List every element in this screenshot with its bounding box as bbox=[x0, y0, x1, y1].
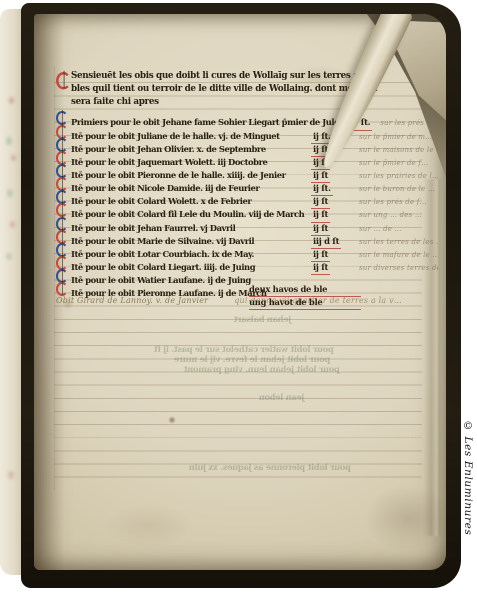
obit-amount: iij d ſt bbox=[303, 235, 353, 249]
bleed-mark bbox=[7, 189, 13, 197]
obit-entry-text: Primiers pour le obit Jehane fame Sohier… bbox=[71, 116, 345, 129]
margin-note: sur … de … bbox=[353, 223, 438, 236]
bleed-mark bbox=[10, 221, 15, 228]
obit-amount: ij ſt bbox=[303, 248, 353, 262]
stain bbox=[104, 504, 194, 548]
ghost-line: pour lobit jehan le fevre. vij le mure bbox=[174, 354, 330, 364]
bleed-mark bbox=[9, 97, 14, 104]
margin-note: sur les terres de les … bbox=[353, 236, 438, 249]
obit-entry-text: Itē pour le obit Jaquemart Wolett. iij D… bbox=[71, 156, 303, 169]
obit-entry-text: Itē pour le obit Jehan Olivier. x. de Se… bbox=[71, 143, 303, 156]
added-cursive-note: Obit Girard de Lannoy. v. de Janvier qui… bbox=[56, 296, 438, 305]
obit-entry-text: Itē pour le obit Pieronne de le halle. x… bbox=[71, 169, 303, 182]
obit-entry-text: Itē pour le obit Colard fil Lele du Moul… bbox=[71, 208, 303, 221]
margin-note: sur diverses terres des … bbox=[353, 262, 438, 275]
obit-entry-text: Itē pour le obit Jehan Faurrel. vj Davri… bbox=[71, 222, 303, 235]
bleed-mark bbox=[6, 253, 12, 260]
ghost-line: jean lebon bbox=[259, 392, 304, 402]
obit-amount: ij ſt bbox=[303, 222, 353, 236]
obit-amount: ij ſt bbox=[303, 261, 353, 275]
ghost-line: jehan balsart bbox=[234, 314, 291, 324]
corner-fold bbox=[318, 14, 446, 214]
margin-note: sur le maſure de le … bbox=[353, 249, 438, 262]
obit-entry-text: Itē pour le obit Colard Liegart. iiij. d… bbox=[71, 261, 303, 274]
obit-entry-text: Itē pour le obit Colard Wolett. x de Feb… bbox=[71, 195, 303, 208]
ghost-line: pour lobit pieronne as jaques. xx juin bbox=[189, 462, 351, 472]
obit-entry-text: Itē pour le obit Lotar Courbiach. ix de … bbox=[71, 248, 303, 261]
bleed-mark bbox=[8, 471, 14, 479]
ghost-line: pour lobit jehan leun. ving pramont bbox=[184, 364, 340, 374]
bleed-mark bbox=[11, 155, 16, 161]
obit-entry-text: Itē pour le obit Marie de Silvaine. vij … bbox=[71, 235, 303, 248]
paraph-icon bbox=[56, 70, 71, 109]
parchment-page: Sensieuēt les obis que doibt li cures de… bbox=[34, 14, 446, 570]
manuscript-photo: Sensieuēt les obis que doibt li cures de… bbox=[0, 0, 477, 600]
obit-entry-text: Itē pour le obit Nicole Damide. iij de F… bbox=[71, 182, 303, 195]
bleed-mark bbox=[6, 137, 12, 145]
margin-rule bbox=[54, 66, 55, 490]
photo-credit: © Les Enluminures bbox=[462, 420, 474, 598]
ghost-line: pour lobit watier cathelot sur le past. … bbox=[154, 344, 334, 354]
added-note-left: Obit Girard de Lannoy. v. de Janvier bbox=[56, 296, 208, 305]
corner-fold-curl bbox=[312, 14, 414, 174]
obit-entry-text: Itē pour le obit Juliane de le halle. vj… bbox=[71, 130, 303, 143]
